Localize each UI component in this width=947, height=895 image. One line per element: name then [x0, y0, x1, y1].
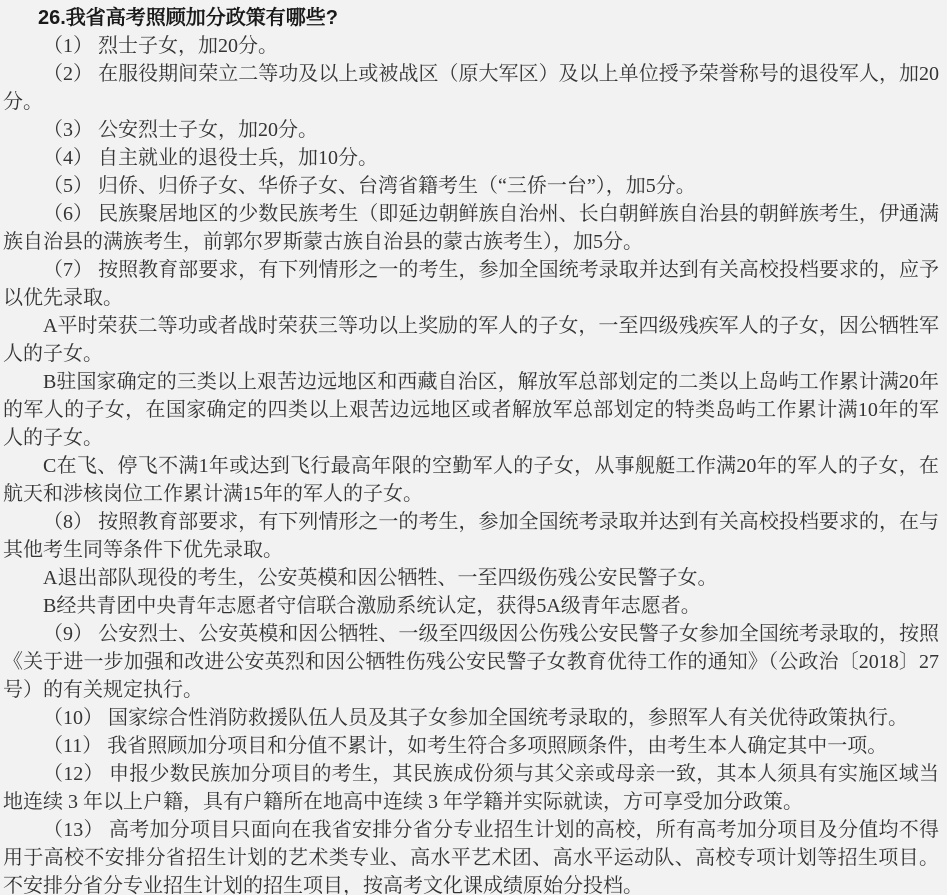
policy-item-1: （1） 烈士子女，加20分。 — [3, 32, 939, 60]
policy-item-7-sub-c: C在飞、停飞不满1年或达到飞行最高年限的空勤军人的子女，从事舰艇工作满20年的军… — [3, 452, 939, 508]
policy-item-8: （8） 按照教育部要求，有下列情形之一的考生，参加全国统考录取并达到有关高校投档… — [3, 508, 939, 564]
policy-item-9: （9） 公安烈士、公安英模和因公牺牲、一级至四级因公伤残公安民警子女参加全国统考… — [3, 620, 939, 704]
policy-item-3: （3） 公安烈士子女，加20分。 — [3, 116, 939, 144]
policy-item-7-sub-a: A平时荣获二等功或者战时荣获三等功以上奖励的军人的子女，一至四级残疾军人的子女，… — [3, 312, 939, 368]
policy-item-13: （13） 高考加分项目只面向在我省安排分省分专业招生计划的高校，所有高考加分项目… — [3, 816, 939, 895]
policy-item-2: （2） 在服役期间荣立二等功及以上或被战区（原大军区）及以上单位授予荣誉称号的退… — [3, 60, 939, 116]
policy-item-10: （10） 国家综合性消防救援队伍人员及其子女参加全国统考录取的，参照军人有关优待… — [3, 704, 939, 732]
policy-item-7: （7） 按照教育部要求，有下列情形之一的考生，参加全国统考录取并达到有关高校投档… — [3, 256, 939, 312]
policy-item-6: （6） 民族聚居地区的少数民族考生（即延边朝鲜族自治州、长白朝鲜族自治县的朝鲜族… — [3, 200, 939, 256]
policy-item-5: （5） 归侨、归侨子女、华侨子女、台湾省籍考生（“三侨一台”），加5分。 — [3, 172, 939, 200]
policy-item-8-sub-a: A退出部队现役的考生，公安英模和因公牺牲、一至四级伤残公安民警子女。 — [3, 564, 939, 592]
policy-item-8-sub-b: B经共青团中央青年志愿者守信联合激励系统认定，获得5A级青年志愿者。 — [3, 592, 939, 620]
policy-item-7-sub-b: B驻国家确定的三类以上艰苦边远地区和西藏自治区，解放军总部划定的二类以上岛屿工作… — [3, 368, 939, 452]
document-title: 26.我省高考照顾加分政策有哪些? — [3, 4, 939, 32]
policy-item-11: （11） 我省照顾加分项目和分值不累计，如考生符合多项照顾条件，由考生本人确定其… — [3, 732, 939, 760]
policy-item-4: （4） 自主就业的退役士兵，加10分。 — [3, 144, 939, 172]
policy-document: 26.我省高考照顾加分政策有哪些? （1） 烈士子女，加20分。 （2） 在服役… — [0, 0, 947, 895]
policy-item-12: （12） 申报少数民族加分项目的考生，其民族成份须与其父亲或母亲一致，其本人须具… — [3, 760, 939, 816]
